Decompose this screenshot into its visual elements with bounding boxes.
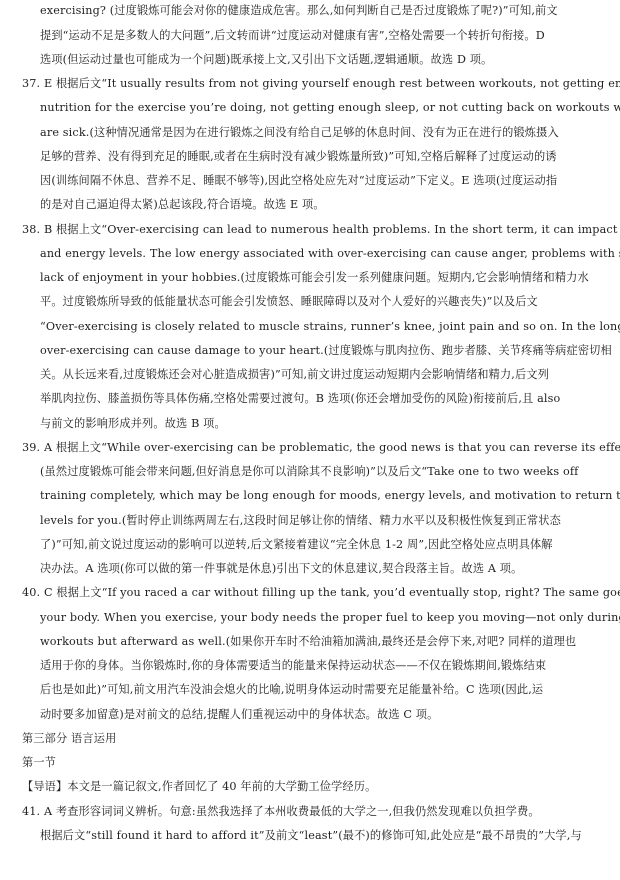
answer-41: 41. A 考查形容词词义辨析。句意:虽然我选择了本州收费最低的大学之一,但我仍… [22,805,540,819]
text-line: 的是对自己逼迫得太紧)总起该段,符合语境。故选 E 项。 [40,198,325,212]
answer-39: 39. A 根据上文“While over-exercising can be … [22,441,620,455]
answer-38: 38. B 根据上文“Over-exercising can lead to n… [22,223,620,237]
text-line: nutrition for the exercise you’re doing,… [40,101,620,115]
text-line: 动时要多加留意)是对前文的总结,提醒人们重视运动中的身体状态。故选 C 项。 [40,708,438,722]
text-line: workouts but afterward as well.(如果你开车时不给… [40,635,576,649]
text-line: 决办法。A 选项(你可以做的第一件事就是休息)引出下文的休息建议,契合段落主旨。… [40,562,522,576]
text-line: 适用于你的身体。当你锻炼时,你的身体需要适当的能量来保持运动状态——不仅在锻炼期… [40,659,546,673]
answer-40: 40. C 根据上文“If you raced a car without fi… [22,586,620,600]
text-line: 后也是如此)”可知,前文用汽车没油会熄火的比喻,说明身体运动时需要充足能量补给。… [40,683,543,697]
subsection-heading: 第一节 [22,756,56,770]
text-line: 举肌肉拉伤、膝盖损伤等具体伤痛,空格处需要过渡句。B 选项(你还会增加受伤的风险… [40,392,560,406]
text-line: over-exercising can cause damage to your… [40,344,612,358]
text-line: lack of enjoyment in your hobbies.(过度锻炼可… [40,271,589,285]
text-line: exercising? (过度锻炼可能会对你的健康造成危害。那么,如何判断自己是… [40,4,558,18]
text-line: (虽然过度锻炼可能会带来问题,但好消息是你可以消除其不良影响)”以及后文“Tak… [40,465,578,479]
text-line: are sick.(这种情况通常是因为在进行锻炼之间没有给自己足够的休息时间、没… [40,126,559,140]
text-line: “Over-exercising is closely related to m… [40,320,620,334]
text-line: 选项(但运动过量也可能成为一个问题)既承接上文,又引出下文话题,逻辑通顺。故选 … [40,53,492,67]
text-line: and energy levels. The low energy associ… [40,247,620,261]
text-line: training completely, which may be long e… [40,489,620,503]
text-line: 足够的营养、没有得到充足的睡眠,或者在生病时没有减少锻炼量所致)”可知,空格后解… [40,150,557,164]
text-line: 关。从长远来看,过度锻炼还会对心脏造成损害)”可知,前文讲过度运动短期内会影响情… [40,368,549,382]
section-heading: 第三部分 语言运用 [22,732,116,746]
text-line: 与前文的影响形成并列。故选 B 项。 [40,417,226,431]
intro-text: 【导语】本文是一篇记叙文,作者回忆了 40 年前的大学勤工俭学经历。 [22,780,376,794]
text-line: 平。过度锻炼所导致的低能量状态可能会引发愤怒、睡眠障碍以及对个人爱好的兴趣丧失)… [40,295,538,309]
text-line: 提到“运动不足是多数人的大问题”,后文转而讲“过度运动对健康有害”,空格处需要一… [40,29,545,43]
text-line: 了)”可知,前文说过度运动的影响可以逆转,后文紧接着建议“完全休息 1-2 周”… [40,538,553,552]
answer-key-page: exercising? (过度锻炼可能会对你的健康造成危害。那么,如何判断自己是… [0,0,620,880]
answer-37: 37. E 根据后文“It usually results from not g… [22,77,620,91]
text-line: 因(训练间隔不休息、营养不足、睡眠不够等),因此空格处应先对“过度运动”下定义。… [40,174,557,188]
text-line: 根据后文“still found it hard to afford it”及前… [40,829,582,843]
text-line: your body. When you exercise, your body … [40,611,620,625]
text-line: levels for you.(暂时停止训练两周左右,这段时间足够让你的情绪、精… [40,514,561,528]
